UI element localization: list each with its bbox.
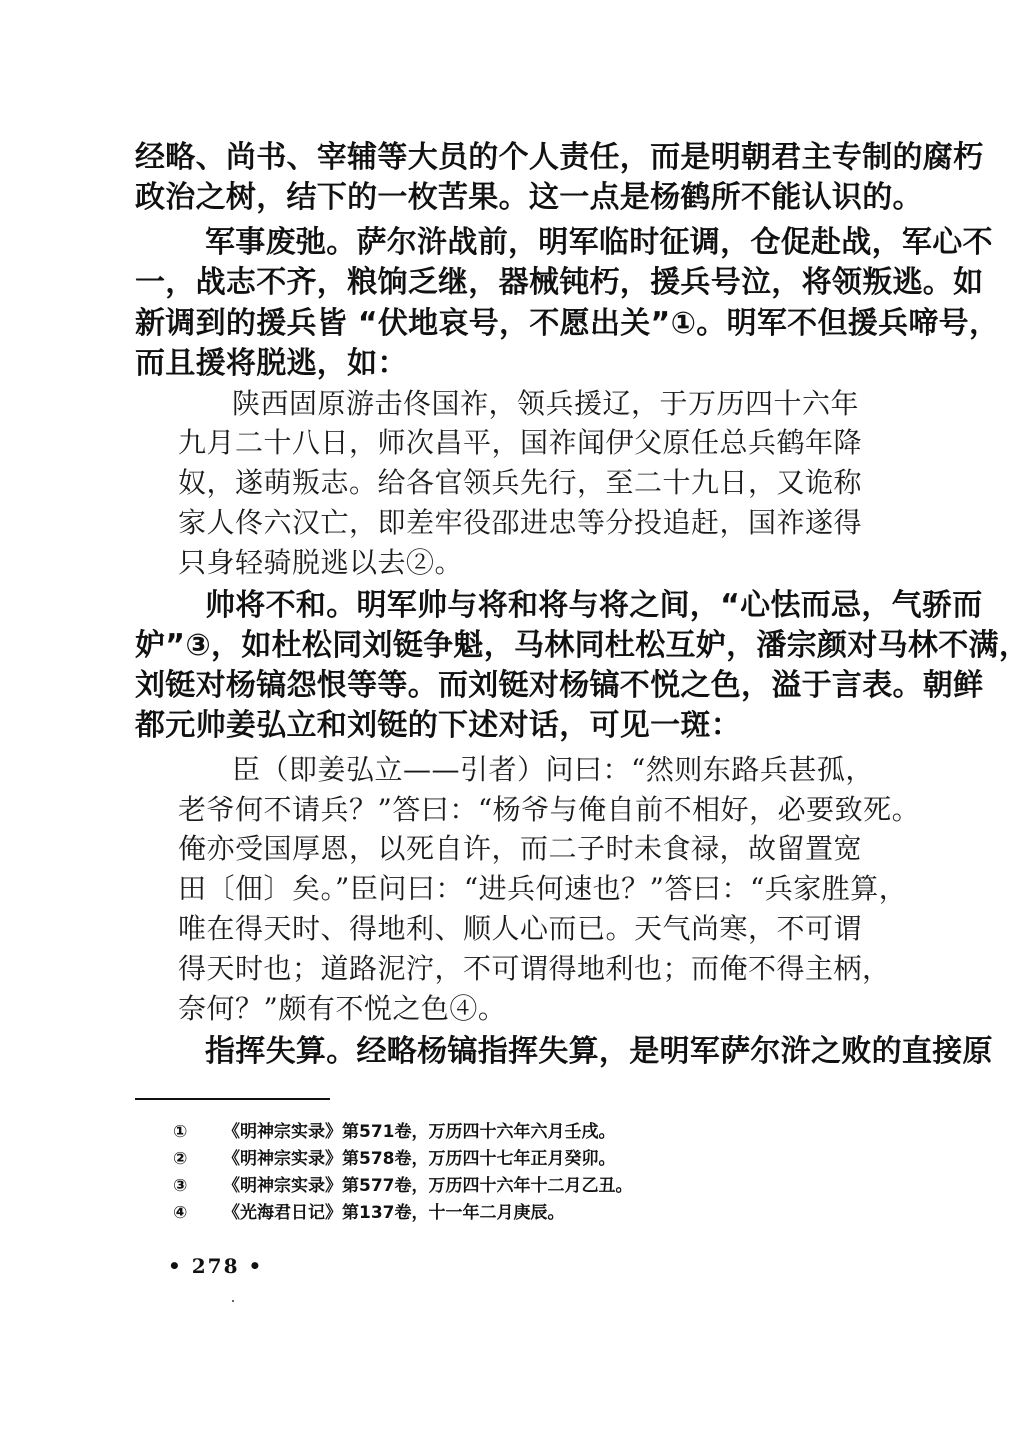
- quote-text-line: 唯在得天时、得地利、顺人心而已。天气尚寒，不可谓: [178, 915, 786, 943]
- quote-text-line: 奈何？”颇有不悦之色④。: [178, 995, 786, 1023]
- body-text-line: 新调到的援兵皆 “伏地哀号，不愿出关”①。明军不但援兵啼号，: [135, 309, 840, 339]
- footnote-marker: ②: [173, 1151, 223, 1168]
- scan-speck: [232, 1300, 234, 1302]
- quote-text-line: 陕西固原游击佟国祚，领兵援辽，于万历四十六年: [232, 390, 786, 418]
- body-text-line: 刘铤对杨镐怨恨等等。而刘铤对杨镐不悦之色，溢于言表。朝鲜: [135, 671, 840, 701]
- body-text-line: 都元帅姜弘立和刘铤的下述对话，可见一斑：: [135, 711, 840, 741]
- footnote-marker: ④: [173, 1205, 223, 1222]
- quote-text-line: 老爷何不请兵？”答曰：“杨爷与俺自前不相好，必要致死。: [178, 796, 786, 824]
- body-text-line: 经略、尚书、宰辅等大员的个人责任，而是明朝君主专制的腐朽: [135, 143, 840, 173]
- quote-text-line: 家人佟六汉亡，即差牢役邵进忠等分投追赶，国祚遂得: [178, 509, 786, 537]
- quote-text-line: 臣（即姜弘立——引者）问曰：“然则东路兵甚孤，: [232, 756, 786, 784]
- body-text-line: 妒”③，如杜松同刘铤争魁，马林同杜松互妒，潘宗颜对马林不满，: [135, 631, 840, 661]
- footnote-text: 《明神宗实录》第577卷，万历四十六年十二月乙丑。: [223, 1176, 633, 1196]
- quote-text-line: 九月二十八日，师次昌平，国祚闻伊父原任总兵鹤年降: [178, 429, 786, 457]
- quote-text-line: 奴，遂萌叛志。给各官领兵先行，至二十九日，又诡称: [178, 469, 786, 497]
- footnote-text: 《明神宗实录》第578卷，万历四十七年正月癸卯。: [223, 1149, 616, 1169]
- footnote-text: 《明神宗实录》第571卷，万历四十六年六月壬戌。: [223, 1122, 616, 1142]
- body-text-line: 军事废弛。萨尔浒战前，明军临时征调，仓促赴战，军心不: [205, 228, 840, 258]
- footnote-divider: [135, 1098, 330, 1100]
- body-text-line: 指挥失算。经略杨镐指挥失算，是明军萨尔浒之败的直接原: [205, 1037, 840, 1067]
- page-number: • 278 •: [168, 1254, 263, 1278]
- book-page: 经略、尚书、宰辅等大员的个人责任，而是明朝君主专制的腐朽 政治之树，结下的一枚苦…: [0, 0, 1014, 1438]
- footnote-2: ②《明神宗实录》第578卷，万历四十七年正月癸卯。: [173, 1151, 616, 1168]
- footnote-marker: ①: [173, 1124, 223, 1141]
- quote-text-line: 得天时也；道路泥泞，不可谓得地利也；而俺不得主柄，: [178, 955, 786, 983]
- footnote-text: 《光海君日记》第137卷，十一年二月庚辰。: [223, 1203, 565, 1223]
- quote-text-line: 俺亦受国厚恩，以死自许，而二子时未食禄，故留置宽: [178, 835, 786, 863]
- footnote-marker: ③: [173, 1178, 223, 1195]
- footnote-4: ④《光海君日记》第137卷，十一年二月庚辰。: [173, 1205, 565, 1222]
- quote-text-line: 田〔佃〕矣。”臣问曰：“进兵何速也？”答曰：“兵家胜算，: [178, 875, 786, 903]
- quote-text-line: 只身轻骑脱逃以去②。: [178, 549, 786, 577]
- body-text-line: 一，战志不齐，粮饷乏继，器械钝朽，援兵号泣，将领叛逃。如: [135, 268, 840, 298]
- footnote-3: ③《明神宗实录》第577卷，万历四十六年十二月乙丑。: [173, 1178, 633, 1195]
- body-text-line: 帅将不和。明军帅与将和将与将之间，“心怯而忌，气骄而: [205, 591, 840, 621]
- body-text-line: 而且援将脱逃，如：: [135, 349, 840, 379]
- body-text-line: 政治之树，结下的一枚苦果。这一点是杨鹤所不能认识的。: [135, 183, 840, 213]
- footnote-1: ①《明神宗实录》第571卷，万历四十六年六月壬戌。: [173, 1124, 616, 1141]
